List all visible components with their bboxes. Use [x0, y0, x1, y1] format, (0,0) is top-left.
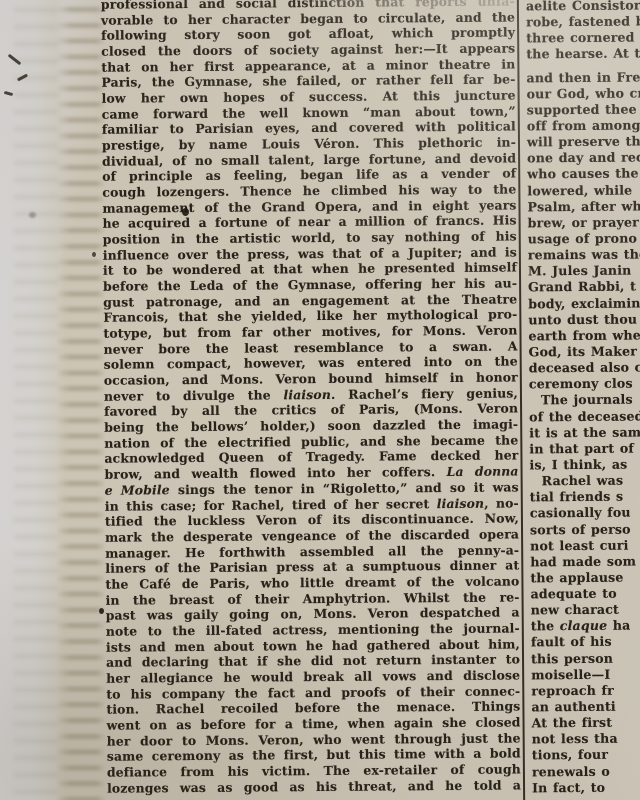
newspaper-page-photo: professional and social distinction that… — [0, 0, 640, 800]
text-line: the applause — [530, 569, 640, 586]
text-line: Grand Rabbi, t — [528, 279, 640, 296]
text-line: At the first — [531, 714, 640, 731]
ink-speck — [182, 208, 189, 216]
text-line: God, its Maker — [529, 343, 640, 360]
text-line: of the deceased — [529, 408, 640, 425]
text-line: brew, or prayer — [528, 214, 640, 231]
text-line: aelite Consistory — [526, 0, 640, 15]
text-line: not less tha — [532, 731, 640, 748]
text-line: one day and recr — [527, 150, 640, 167]
ink-speck — [99, 608, 104, 614]
text-line: the hearse. At t — [526, 46, 640, 63]
text-line: Rachel was — [530, 472, 640, 489]
text-line: usage of prono — [528, 230, 640, 247]
text-line: robe, fastened by t — [526, 13, 640, 30]
text-line: moiselle—I — [531, 666, 640, 683]
text-line: earth from whe — [528, 327, 640, 344]
text-line: this person — [531, 650, 640, 667]
text-line: fault of his — [531, 634, 640, 651]
text-line: it is at the same — [529, 424, 640, 441]
text-line: had made som — [530, 553, 640, 570]
article-column-main: professional and social distinction that… — [101, 0, 521, 796]
text-line: body, exclaimin — [528, 295, 640, 312]
text-line: In fact, to — [532, 779, 640, 796]
text-line: Psalm, after wh — [527, 198, 640, 215]
text-line: The journals — [529, 392, 640, 409]
ink-speck — [29, 212, 36, 218]
text-line: is, I think, as — [529, 456, 640, 473]
text-line: in that part of — [529, 440, 640, 457]
text-line: an authenti — [531, 698, 640, 715]
text-line: our God, who cre — [527, 85, 640, 102]
page-content: professional and social distinction that… — [0, 0, 640, 800]
text-line: ceremony clos — [529, 375, 640, 392]
text-line: adequate to — [530, 585, 640, 602]
article-column-right: aelite Consistoryrobe, fastened by tthre… — [526, 0, 640, 796]
text-line: sorts of perso — [530, 521, 640, 538]
text-line: not least curi — [530, 537, 640, 554]
ink-speck — [92, 252, 96, 257]
text-line: unto dust thou — [528, 311, 640, 328]
text-line: renewals o — [532, 763, 640, 780]
text-line: will preserve the — [527, 133, 640, 150]
text-line: deceased also c — [529, 359, 640, 376]
text-line: remains was the — [528, 246, 640, 263]
text-line: three cornered ha — [526, 30, 640, 47]
text-line: new charact — [531, 601, 640, 618]
text-line: supported thee o — [527, 101, 640, 118]
text-line: lowered, while — [527, 182, 640, 199]
text-line: lozenges was as good as his threat, and … — [107, 777, 521, 796]
text-line: tial friends s — [530, 488, 640, 505]
text-line: and then in Frenc — [526, 69, 640, 86]
text-line: reproach fr — [531, 682, 640, 699]
text-line: the claque ha — [531, 618, 640, 635]
text-line: M. Jules Janin — [528, 263, 640, 280]
text-line: casionally fou — [530, 505, 640, 522]
text-line: who causes the — [527, 166, 640, 183]
text-line: tions, four — [532, 747, 640, 764]
text-line: off from among t — [527, 117, 640, 134]
